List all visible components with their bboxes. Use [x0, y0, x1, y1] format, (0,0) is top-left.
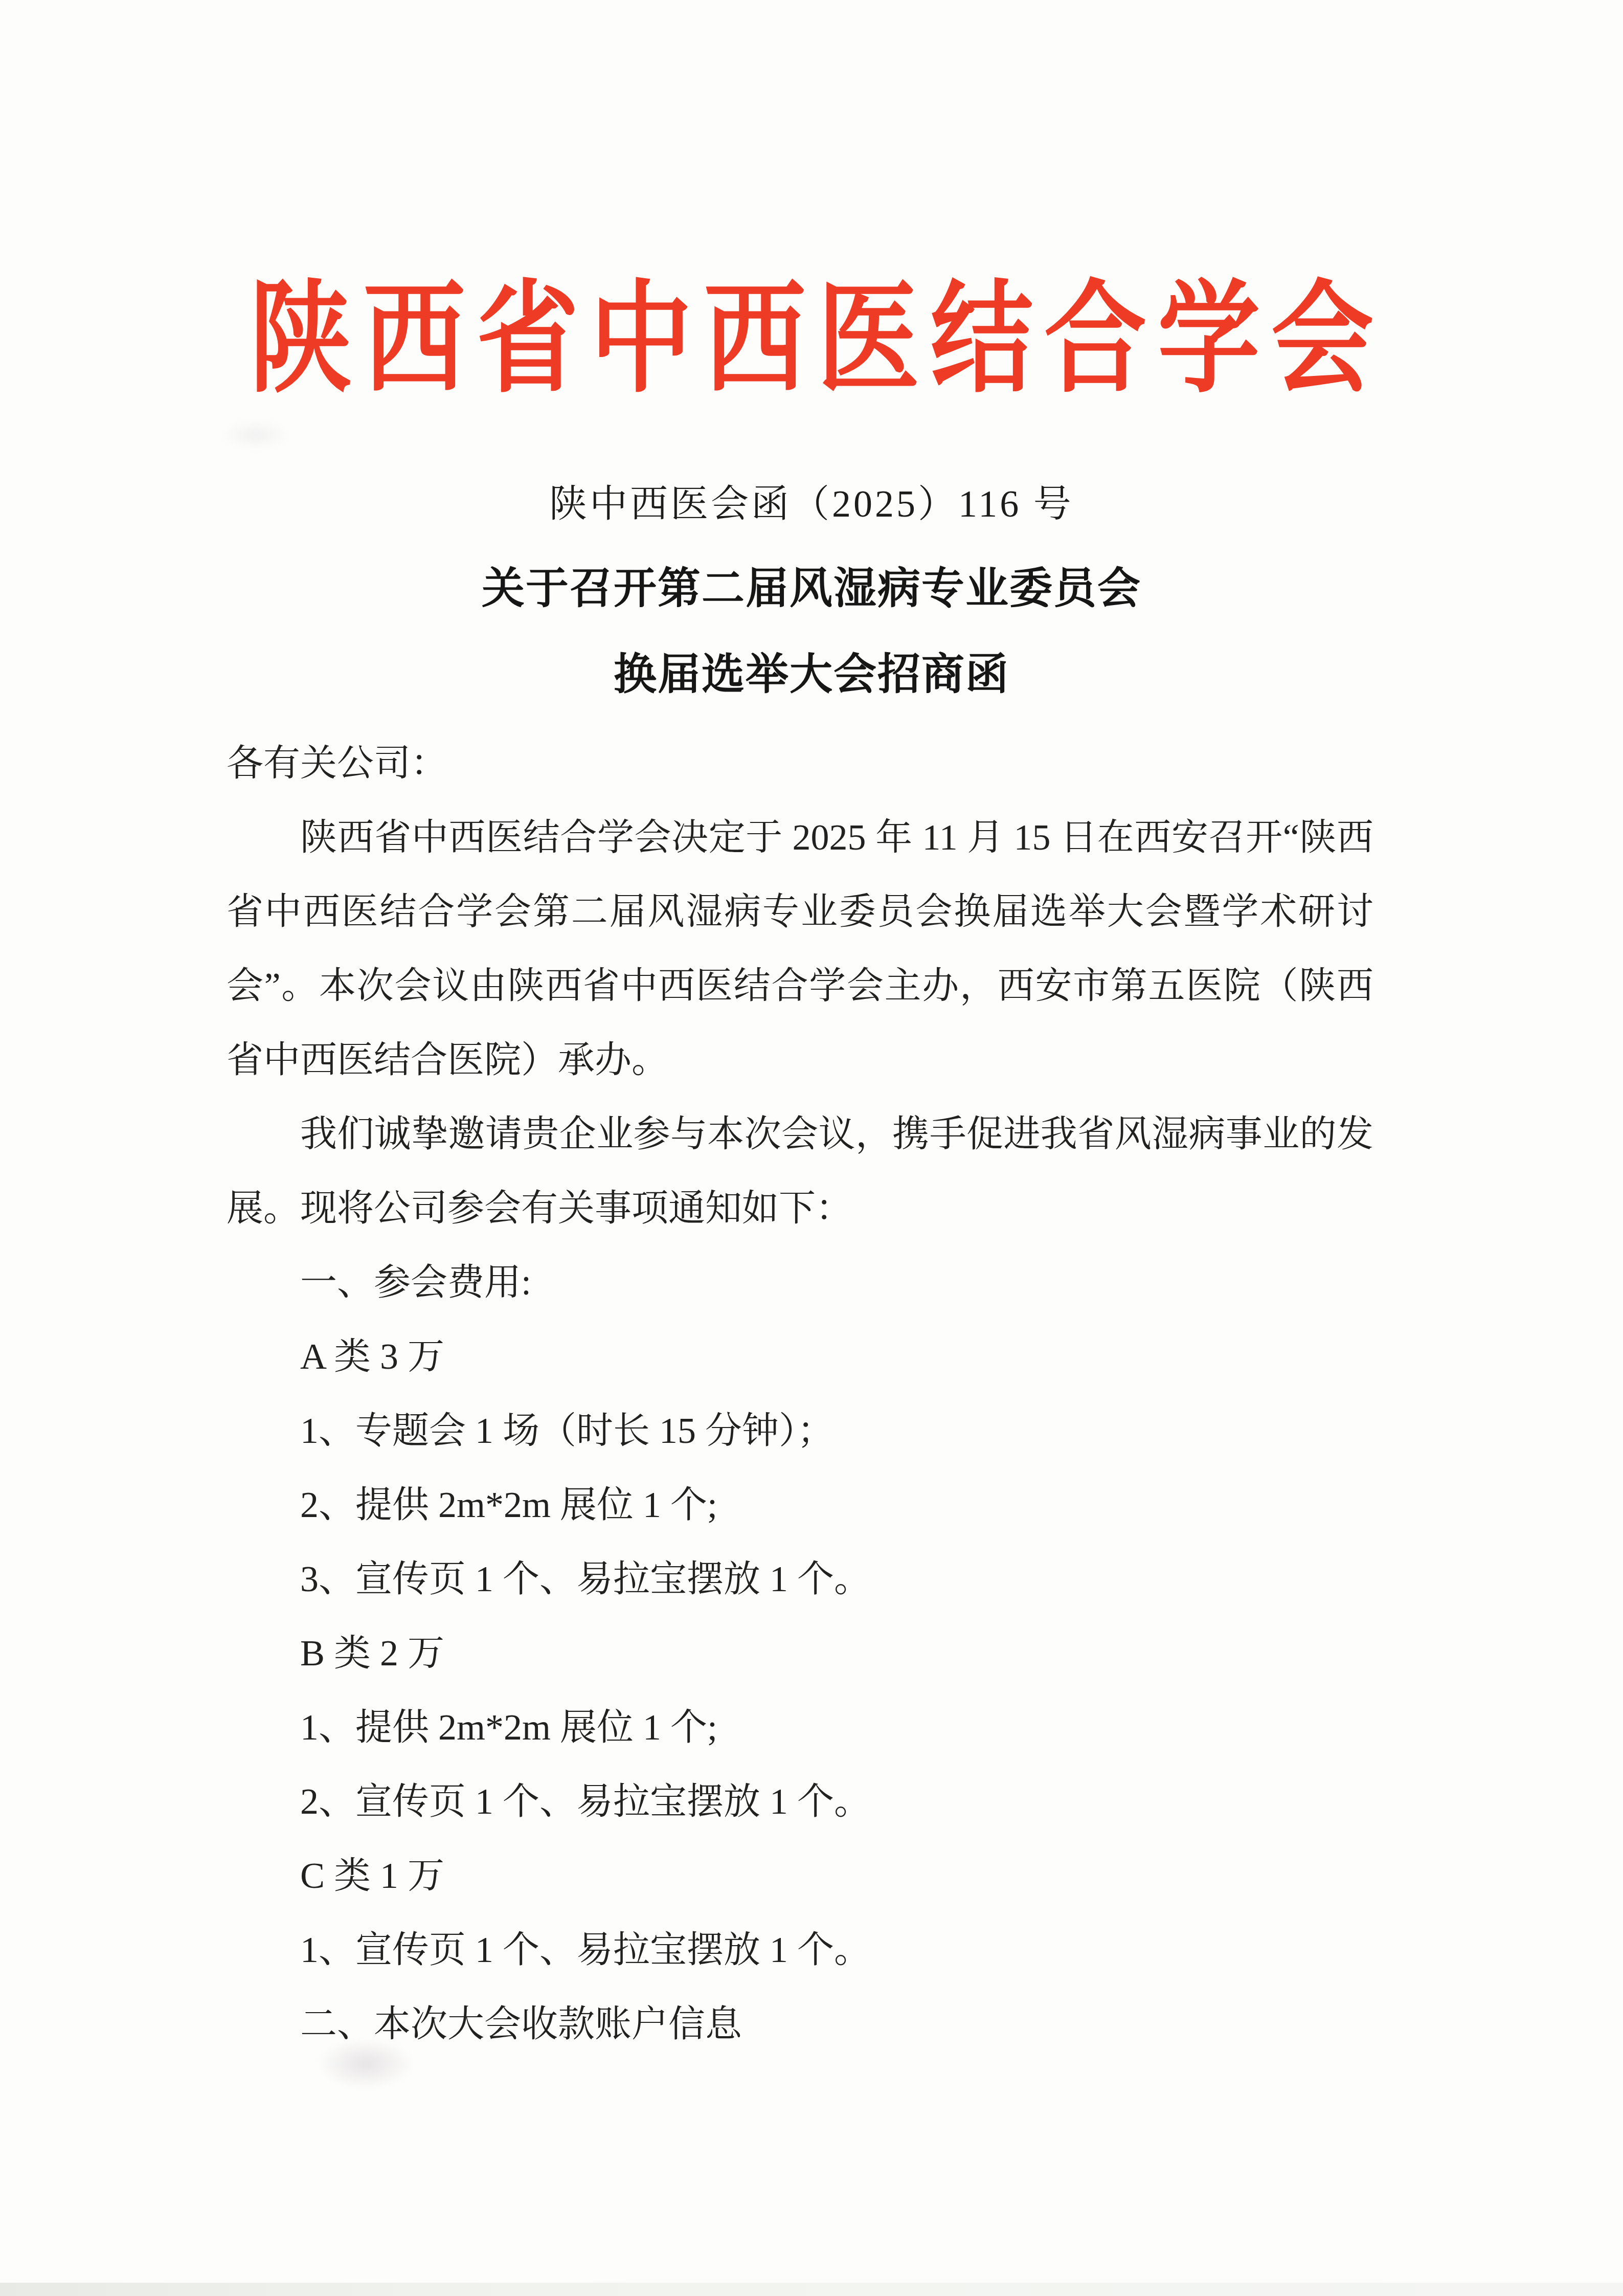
salutation: 各有关公司：: [227, 726, 1373, 800]
doc-reference-number: 陕中西医会函（2025）116 号: [0, 484, 1623, 525]
tier-b-item-2: 2、宣传页 1 个、易拉宝摆放 1 个。: [227, 1765, 1373, 1839]
scan-artifact-smudge-top: [220, 419, 291, 450]
scanned-letter-page: 陕西省中西医结合学会 陕中西医会函（2025）116 号 关于召开第二届风湿病专…: [0, 0, 1623, 2296]
tier-b-item-1: 1、提供 2m*2m 展位 1 个;: [227, 1690, 1373, 1765]
scan-edge-shadow: [0, 2283, 1623, 2296]
tier-a-name: A 类 3 万: [227, 1320, 1373, 1394]
paragraph-meeting-announcement: 陕西省中西医结合学会决定于 2025 年 11 月 15 日在西安召开“陕西省中…: [227, 800, 1373, 1097]
tier-b-name: B 类 2 万: [227, 1616, 1373, 1690]
letterhead-org-title: 陕西省中西医结合学会: [0, 280, 1623, 401]
tier-c-name: C 类 1 万: [227, 1839, 1373, 1913]
subject-heading-line1: 关于召开第二届风湿病专业委员会: [0, 566, 1623, 613]
scan-artifact-smudge: [317, 2038, 414, 2089]
tier-a-item-1: 1、专题会 1 场（时长 15 分钟）；: [227, 1394, 1373, 1468]
tier-a-item-3: 3、宣传页 1 个、易拉宝摆放 1 个。: [227, 1542, 1373, 1616]
paragraph-invitation: 我们诚挚邀请贵企业参与本次会议，携手促进我省风湿病事业的发展。现将公司参会有关事…: [227, 1097, 1373, 1245]
tier-a-item-2: 2、提供 2m*2m 展位 1 个;: [227, 1468, 1373, 1542]
subject-heading-line2: 换届选举大会招商函: [0, 652, 1623, 699]
section1-heading: 一、参会费用:: [227, 1245, 1373, 1320]
letter-body: 各有关公司： 陕西省中西医结合学会决定于 2025 年 11 月 15 日在西安…: [227, 726, 1373, 2061]
tier-c-item-1: 1、宣传页 1 个、易拉宝摆放 1 个。: [227, 1913, 1373, 1987]
